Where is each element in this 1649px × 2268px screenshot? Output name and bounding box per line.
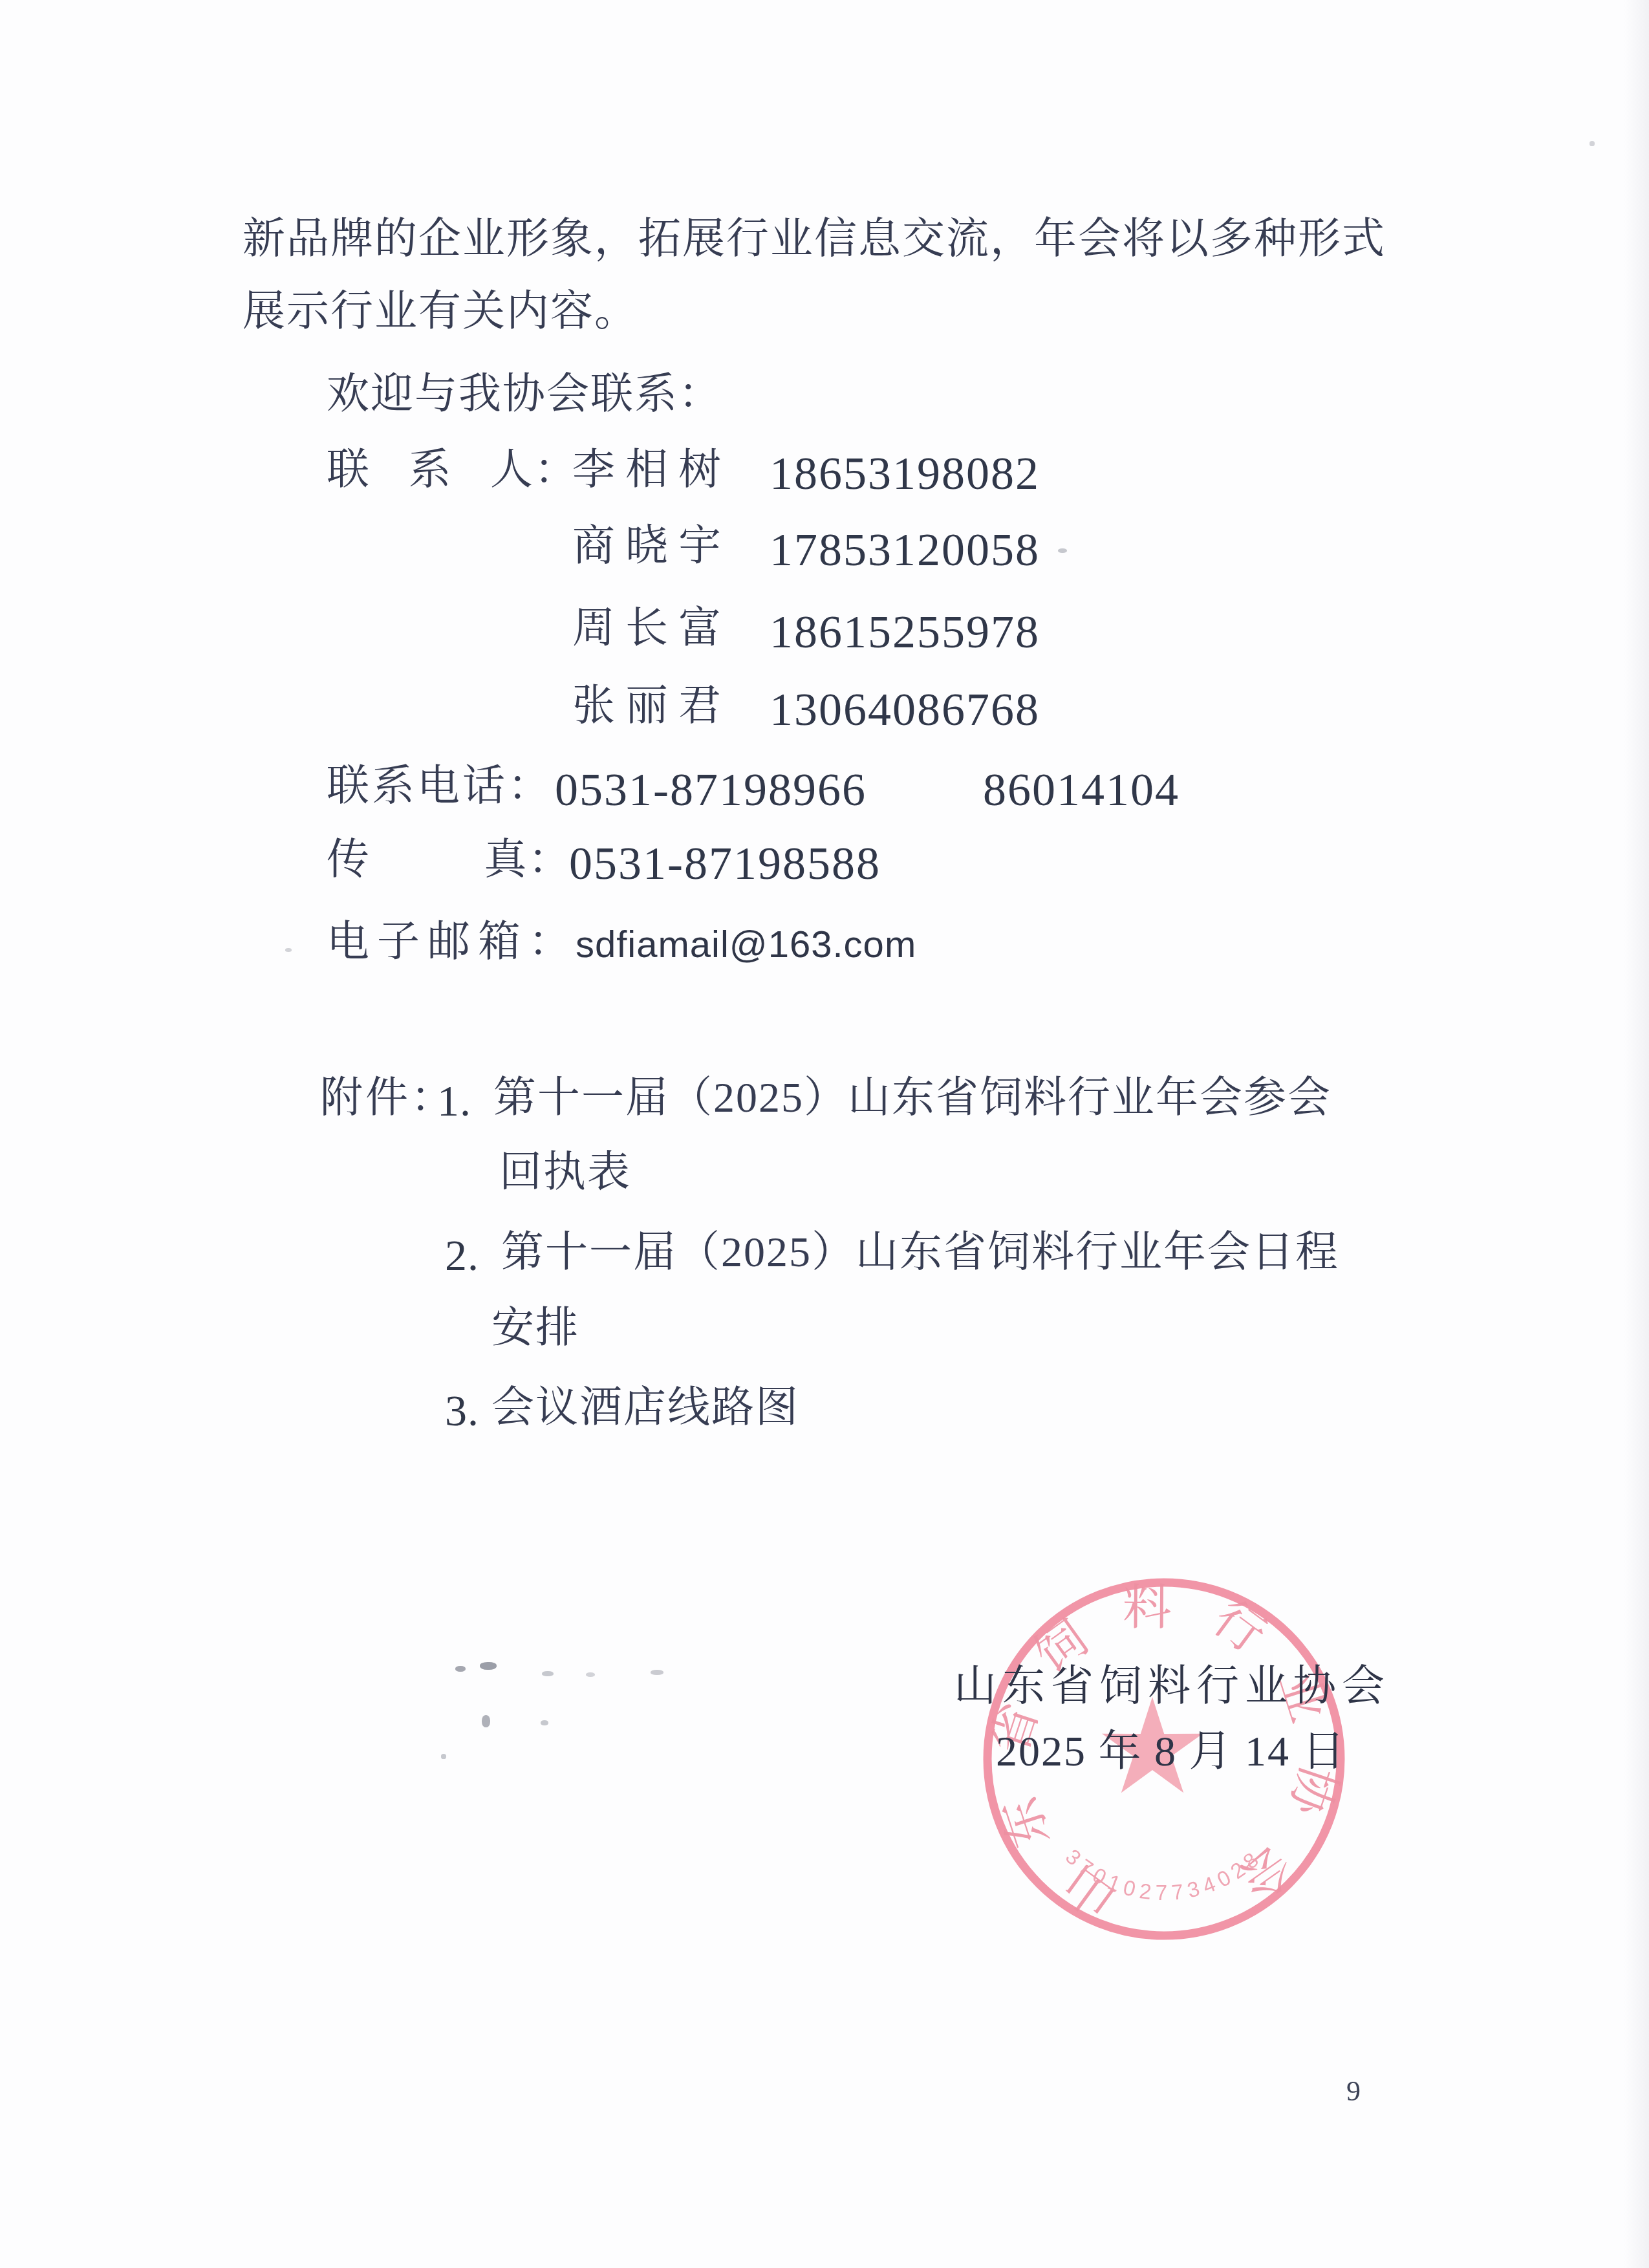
email-address: sdfiamail@163.com [576, 926, 916, 964]
fax-number: 0531-87198588 [569, 840, 881, 887]
attachment-text: 安排 [491, 1307, 579, 1350]
signature-date: 2025 年 8 月 14 日 [996, 1731, 1346, 1773]
paragraph-line-2: 展示行业有关内容。 [242, 290, 638, 333]
attachments-label: 附件： [320, 1077, 456, 1119]
scan-speck [285, 948, 292, 952]
telephone-number-2: 86014104 [983, 766, 1180, 813]
contact-phone: 13064086768 [770, 686, 1040, 733]
contact-name: 张丽君 [572, 685, 731, 728]
attachment-text: 回执表 [499, 1151, 631, 1194]
scanned-document-page: 新品牌的企业形象，拓展行业信息交流，年会将以多种形式 展示行业有关内容。 欢迎与… [0, 0, 1649, 2268]
attachment-index: 2. [445, 1233, 479, 1277]
signature-org-name: 山东省饲料行业协会 [954, 1665, 1390, 1708]
contact-phone: 17853120058 [770, 526, 1040, 573]
scan-speck [480, 1662, 497, 1670]
contact-name: 李相树 [572, 449, 731, 491]
scan-speck [541, 1720, 548, 1725]
paragraph-line-1: 新品牌的企业形象，拓展行业信息交流，年会将以多种形式 [242, 218, 1386, 261]
telephone-label: 联系电话： [327, 765, 553, 808]
contact-intro: 欢迎与我协会联系： [327, 373, 722, 416]
contact-persons-label: 联 系 人： [327, 449, 578, 491]
scan-speck [455, 1666, 466, 1672]
contact-phone: 18653198082 [770, 450, 1040, 497]
contact-phone: 18615255978 [770, 609, 1040, 655]
scan-speck [542, 1671, 554, 1676]
scan-speck [482, 1715, 490, 1727]
contact-name: 商晓宇 [572, 525, 731, 568]
attachment-text: 会议酒店线路图 [491, 1387, 799, 1429]
contact-name: 周长富 [572, 607, 731, 650]
page-number: 9 [1346, 2077, 1361, 2106]
scan-speck [1058, 548, 1067, 553]
scan-speck [441, 1754, 446, 1759]
attachment-index: 1. [437, 1079, 471, 1123]
scan-speck [586, 1672, 595, 1677]
scan-speck [1590, 141, 1595, 146]
attachment-text: 第十一届（2025）山东省饲料行业年会日程 [501, 1231, 1339, 1274]
telephone-number-1: 0531-87198966 [555, 766, 867, 813]
fax-label: 传 真： [327, 839, 572, 881]
email-label: 电子邮箱： [327, 921, 579, 964]
scan-speck [651, 1670, 663, 1675]
attachment-index: 3. [445, 1388, 479, 1432]
attachment-text: 第十一届（2025）山东省饲料行业年会参会 [493, 1077, 1331, 1119]
